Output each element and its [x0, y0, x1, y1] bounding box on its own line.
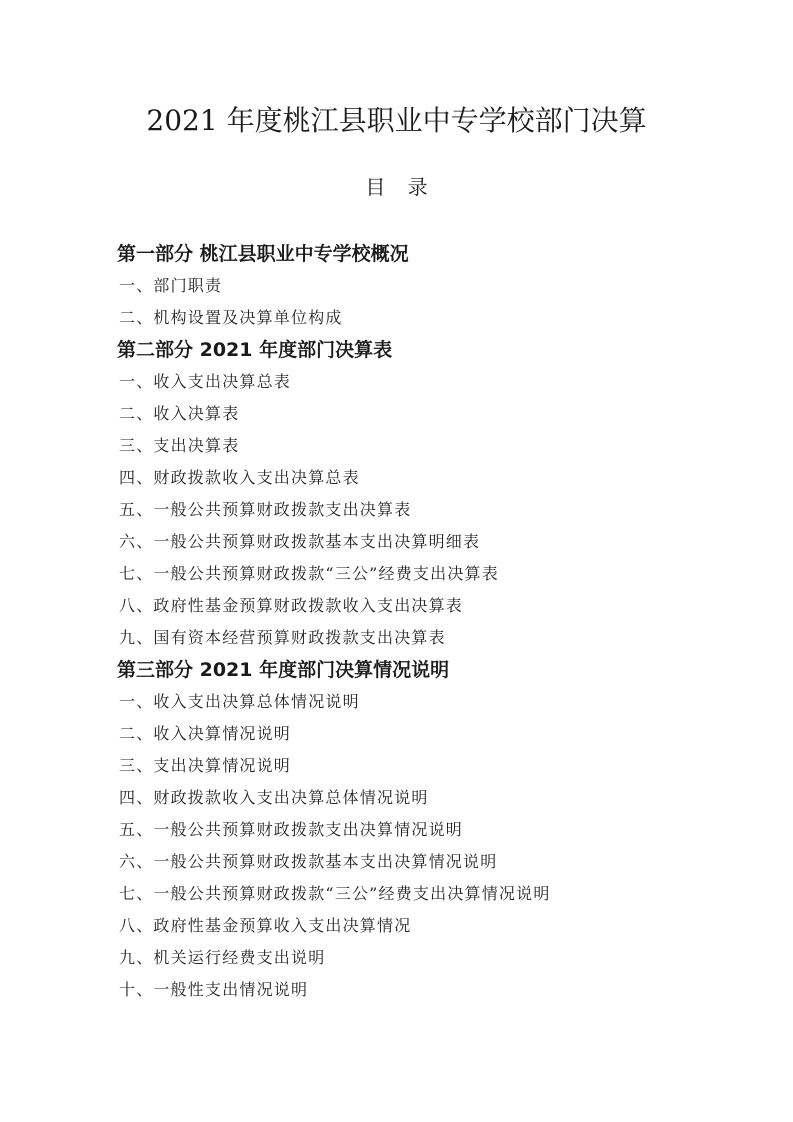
toc-item: 一、部门职责	[117, 270, 737, 302]
toc-item: 七、一般公共预算财政拨款“三公”经费支出决算情况说明	[117, 878, 737, 910]
toc-item: 四、财政拨款收入支出决算总表	[117, 462, 737, 494]
toc-heading: 目 录	[0, 174, 793, 200]
toc-item: 六、一般公共预算财政拨款基本支出决算情况说明	[117, 846, 737, 878]
toc-item: 六、一般公共预算财政拨款基本支出决算明细表	[117, 526, 737, 558]
toc-section-part-1: 第一部分 桃江县职业中专学校概况	[117, 238, 737, 270]
toc-item: 八、政府性基金预算财政拨款收入支出决算表	[117, 590, 737, 622]
toc-item: 十、一般性支出情况说明	[117, 974, 737, 1006]
toc-item: 三、支出决算表	[117, 430, 737, 462]
toc-section-part-3: 第三部分 2021 年度部门决算情况说明	[117, 654, 737, 686]
toc-item: 二、收入决算情况说明	[117, 718, 737, 750]
toc-item: 九、国有资本经营预算财政拨款支出决算表	[117, 622, 737, 654]
toc-item: 五、一般公共预算财政拨款支出决算情况说明	[117, 814, 737, 846]
toc-item: 一、收入支出决算总表	[117, 366, 737, 398]
toc-item: 四、财政拨款收入支出决算总体情况说明	[117, 782, 737, 814]
toc-item: 七、一般公共预算财政拨款“三公”经费支出决算表	[117, 558, 737, 590]
toc-item: 二、收入决算表	[117, 398, 737, 430]
toc-item: 九、机关运行经费支出说明	[117, 942, 737, 974]
toc-section-part-2: 第二部分 2021 年度部门决算表	[117, 334, 737, 366]
toc-item: 一、收入支出决算总体情况说明	[117, 686, 737, 718]
toc-item: 三、支出决算情况说明	[117, 750, 737, 782]
toc-item: 五、一般公共预算财政拨款支出决算表	[117, 494, 737, 526]
table-of-contents: 第一部分 桃江县职业中专学校概况 一、部门职责 二、机构设置及决算单位构成 第二…	[117, 238, 737, 1006]
document-title: 2021 年度桃江县职业中专学校部门决算	[0, 102, 793, 140]
toc-item: 二、机构设置及决算单位构成	[117, 302, 737, 334]
toc-item: 八、政府性基金预算收入支出决算情况	[117, 910, 737, 942]
